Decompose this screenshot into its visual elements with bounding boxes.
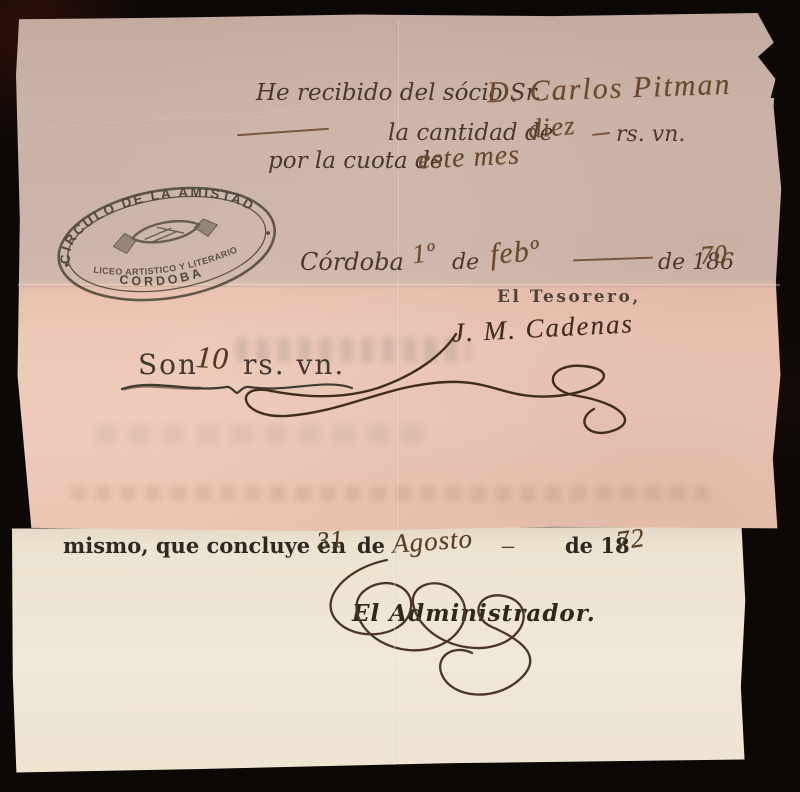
month-note-handwritten: este mes [417, 139, 521, 176]
year-handwritten: 70 [699, 239, 729, 271]
bottom-doc-de: de [357, 533, 385, 558]
receipt-line2-units: rs. vn. [616, 122, 685, 147]
administrator-flourish [292, 556, 577, 726]
scanned-receipt-page: mismo, que concluye en 31 de Agosto – de… [0, 0, 800, 792]
place-printed: Córdoba [300, 248, 404, 276]
total-value-handwritten: 10 [195, 339, 230, 377]
bottom-doc-line: mismo, que concluye en [63, 533, 346, 558]
total-underline-swash [118, 376, 356, 398]
month-handwritten: febº [489, 234, 542, 272]
day-handwritten: 1º [410, 237, 437, 270]
handshake-icon [111, 214, 220, 255]
de-printed: de [452, 250, 479, 275]
treasurer-label: El Tesorero, [497, 287, 641, 307]
amount-word-handwritten: diez [527, 110, 577, 145]
